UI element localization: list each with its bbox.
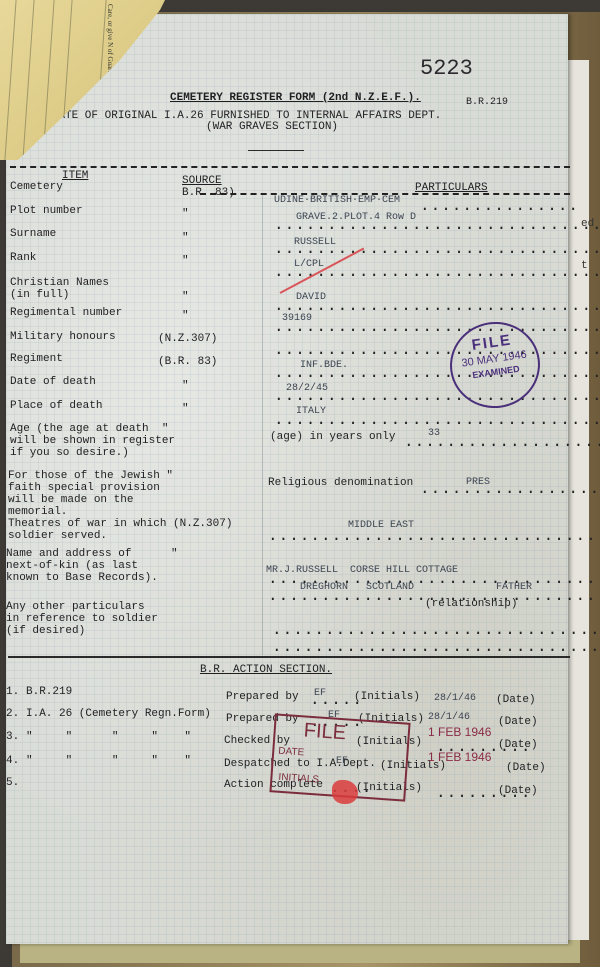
date-label: (Date) — [498, 785, 538, 797]
place-of-death-value: ITALY — [296, 406, 326, 417]
age-value: 33 — [428, 428, 440, 439]
form-title: CEMETERY REGISTER FORM (2nd N.Z.E.F.). — [170, 92, 421, 104]
source-label: B.R. 83) — [182, 187, 235, 199]
item-label: Date of death — [10, 376, 96, 388]
action-section-title: B.R. ACTION SECTION. — [200, 664, 332, 676]
action-initials-value: EF — [314, 688, 326, 699]
dotted-line: ........................................… — [268, 527, 600, 545]
action-num: 4. — [6, 755, 19, 767]
religion-prefix: Religious denomination — [268, 477, 413, 489]
form-subtitle-section: (WAR GRAVES SECTION) — [206, 121, 338, 133]
item-label: Any other particulars in reference to so… — [6, 601, 158, 637]
source-label: " — [182, 232, 189, 244]
action-num: 3. — [6, 731, 19, 743]
source-label: " — [182, 255, 189, 267]
item-label: Cemetery — [10, 181, 63, 193]
action-doc: " " " " " — [26, 731, 191, 743]
action-num: 5. — [6, 777, 19, 789]
item-label: Surname — [10, 228, 56, 240]
column-divider — [262, 195, 263, 655]
action-doc: B.R.219 — [26, 686, 72, 698]
item-label: Regiment — [10, 353, 63, 365]
action-num: 2. — [6, 708, 19, 720]
source-label: " — [182, 291, 189, 303]
action-date-value: 28/1/46 — [434, 693, 476, 704]
column-header-source: SOURCE — [182, 175, 222, 187]
item-label: Rank — [10, 252, 36, 264]
item-label: Name and address of " next-of-kin (as la… — [6, 548, 178, 584]
adjacent-sheet-edge: ed t — [566, 60, 589, 940]
age-prefix: (age) in years only — [270, 431, 395, 443]
dotted-line: ................... — [420, 480, 600, 498]
dotted-line: ........................................… — [272, 638, 600, 656]
date-label: (Date) — [496, 694, 536, 706]
file-number: 5223 — [420, 56, 473, 81]
action-doc: " " " " " — [26, 755, 191, 767]
source-label: " — [182, 403, 189, 415]
relationship-label: (relationship) — [425, 598, 517, 610]
stamp-text: DATE — [278, 746, 305, 759]
cemetery-value: UDINE·BRITISH·EMP·CEM — [274, 195, 400, 206]
source-label: (B.R. 83) — [158, 356, 217, 368]
dotted-line: ............... — [420, 197, 579, 215]
initials-label: (Initials) — [354, 691, 420, 703]
item-label: For those of the Jewish " faith special … — [8, 470, 173, 518]
date-label: (Date) — [506, 762, 546, 774]
date-label: (Date) — [498, 739, 538, 751]
item-label: Plot number — [10, 205, 83, 217]
column-header-item: ITEM — [62, 170, 88, 182]
stamp-text: INITIALS — [278, 772, 319, 786]
religion-value: PRES — [466, 477, 490, 488]
item-label: Christian Names (in full) — [10, 277, 109, 301]
source-label: " — [182, 380, 189, 392]
plot-value: GRAVE.2.PLOT.4 Row D — [296, 212, 416, 223]
action-num: 1. — [6, 686, 19, 698]
item-label: Place of death — [10, 400, 102, 412]
regiment-value: INF.BDE. — [300, 360, 348, 371]
christian-names-value: DAVID — [296, 292, 326, 303]
rank-value: L/CPL — [294, 259, 324, 270]
item-label: Age (the age at death " will be shown in… — [10, 423, 175, 459]
action-doc: I.A. 26 (Cemetery Regn.Form) — [26, 708, 211, 720]
red-ink-initials — [332, 780, 358, 804]
title-underline — [248, 150, 304, 151]
source-label: " — [182, 208, 189, 220]
action-label: Prepared by — [226, 691, 299, 703]
surname-value: RUSSELL — [294, 237, 336, 248]
source-label: " — [182, 310, 189, 322]
header-rule-top — [10, 166, 570, 168]
next-of-kin-line2: DREGHORN SCOTLAND — [300, 582, 414, 593]
form-code: B.R.219 — [466, 97, 508, 109]
source-label: (N.Z.307) — [158, 333, 217, 345]
dotted-line: ........................................… — [272, 621, 600, 639]
dotted-line: ........................................ — [274, 318, 600, 336]
received-date-stamp: 1 FEB 1946 — [428, 725, 491, 739]
theatres-of-war-value: MIDDLE EAST — [348, 520, 414, 531]
action-date-value: 28/1/46 — [428, 712, 470, 723]
date-of-death-value: 28/2/45 — [286, 383, 328, 394]
next-of-kin-line1: MR.J.RUSSELL CORSE HILL COTTAGE — [266, 565, 458, 576]
despatched-date-stamp: 1 FEB 1946 — [428, 750, 491, 764]
stamp-text: FILE — [303, 719, 347, 745]
item-label: Theatres of war in which (N.Z.307) soldi… — [8, 518, 232, 542]
date-label: (Date) — [498, 716, 538, 728]
dotted-line: ........................................ — [274, 341, 600, 359]
regimental-number-value: 39169 — [282, 313, 312, 324]
item-label: Regimental number — [10, 307, 122, 319]
section-divider — [8, 656, 570, 658]
relationship-value: FATHER — [496, 582, 532, 593]
item-label: Military honours — [10, 331, 116, 343]
